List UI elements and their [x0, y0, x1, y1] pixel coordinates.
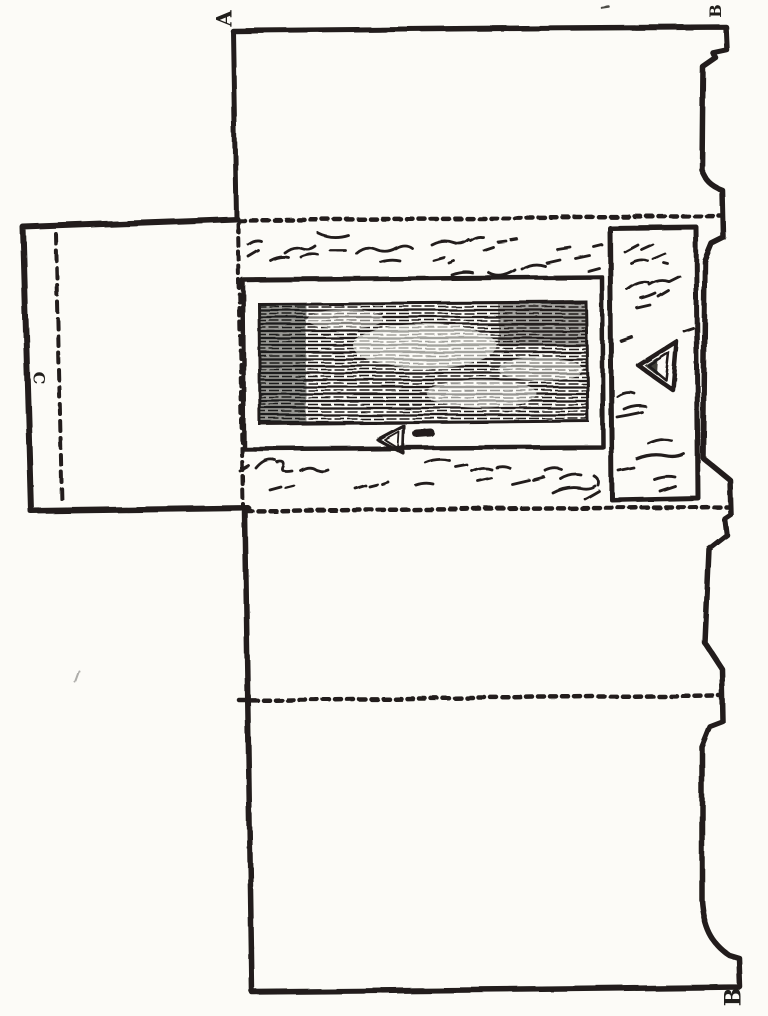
fold-line-flap	[56, 234, 62, 504]
corner-label-b-bottom: B	[722, 988, 744, 1007]
pattern-sheet: A B C B	[0, 0, 768, 1016]
flap-label-c: C	[30, 372, 46, 385]
window-shade-topright	[498, 303, 587, 345]
fold-line-top	[239, 216, 722, 221]
fold-line-middle	[246, 507, 729, 511]
corner-label-b-top: B	[708, 4, 724, 18]
left-edge-upper	[233, 31, 236, 218]
window-shade-left	[260, 304, 306, 422]
strip-triangle-marker	[639, 342, 677, 390]
corner-label-a: A	[214, 10, 235, 26]
wood-grain-top	[248, 233, 602, 276]
window-opening	[259, 302, 588, 424]
marker-dash	[417, 433, 431, 434]
print-speck-left	[75, 671, 79, 682]
pattern-drawing	[0, 0, 768, 1016]
fold-line-bottom	[239, 696, 720, 700]
wood-grain-bottom	[240, 459, 599, 499]
print-speck-top	[602, 7, 609, 8]
